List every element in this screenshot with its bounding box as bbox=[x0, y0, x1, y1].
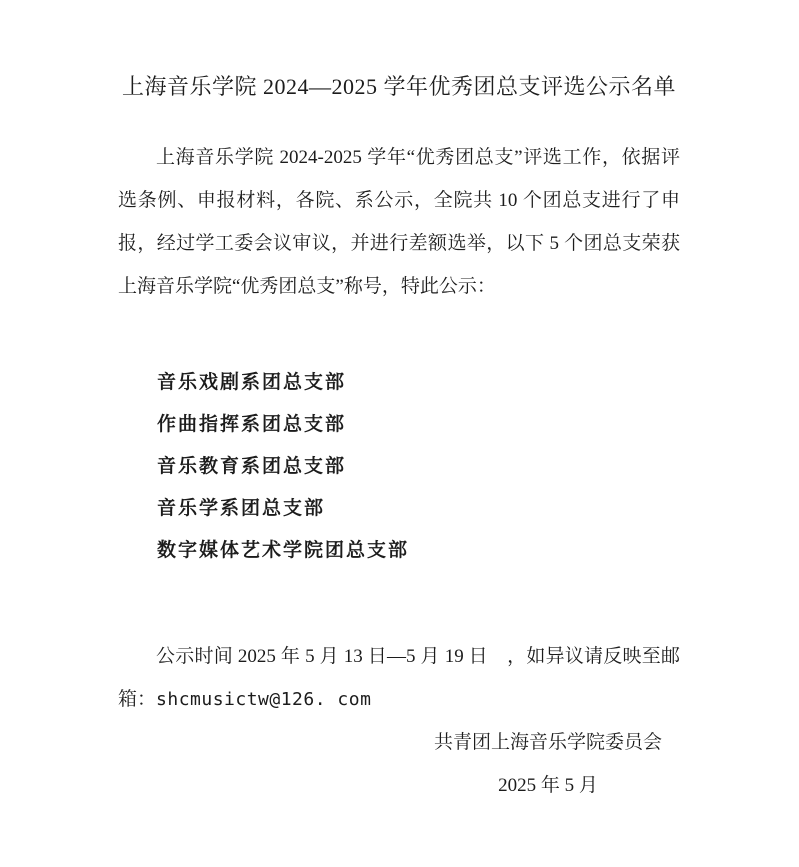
winner-list-item: 音乐学系团总支部 bbox=[157, 487, 680, 529]
notice-paragraph: 公示时间 2025 年 5 月 13 日—5 月 19 日 ，如异议请反映至邮箱… bbox=[118, 635, 680, 721]
winner-list-item: 音乐戏剧系团总支部 bbox=[157, 361, 680, 403]
document-page: 上海音乐学院 2024—2025 学年优秀团总支评选公示名单 上海音乐学院 20… bbox=[0, 0, 799, 867]
signature-inner: 共青团上海音乐学院委员会 2025 年 5 月 bbox=[434, 721, 662, 807]
email-address: shcmusictw@126. com bbox=[156, 689, 371, 710]
signature-block: 共青团上海音乐学院委员会 2025 年 5 月 bbox=[118, 721, 680, 807]
signature-date: 2025 年 5 月 bbox=[434, 764, 662, 807]
document-title: 上海音乐学院 2024—2025 学年优秀团总支评选公示名单 bbox=[118, 0, 680, 102]
winner-list-item: 数字媒体艺术学院团总支部 bbox=[157, 529, 680, 571]
intro-paragraph: 上海音乐学院 2024-2025 学年“优秀团总支”评选工作，依据评选条例、申报… bbox=[118, 136, 680, 308]
winner-list-item: 音乐教育系团总支部 bbox=[157, 445, 680, 487]
winner-list: 音乐戏剧系团总支部 作曲指挥系团总支部 音乐教育系团总支部 音乐学系团总支部 数… bbox=[118, 361, 680, 571]
winner-list-item: 作曲指挥系团总支部 bbox=[157, 403, 680, 445]
signature-org: 共青团上海音乐学院委员会 bbox=[434, 721, 662, 764]
